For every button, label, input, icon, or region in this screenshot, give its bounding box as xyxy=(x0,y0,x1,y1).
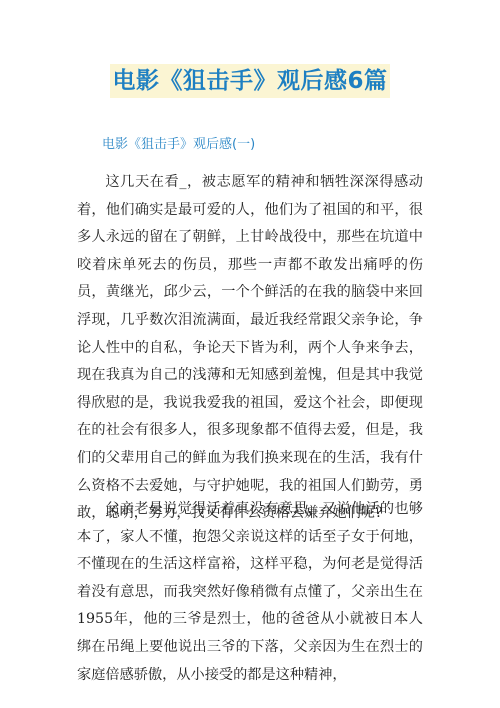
body-paragraph: 父亲老是说觉得活着真没有意思，又说他活的也够本了，家人不懂，抱怨父亲说这样的话至… xyxy=(77,496,423,689)
document-title: 电影《狙击手》观后感6篇 xyxy=(110,64,389,98)
body-paragraph-1-container: 这几天在看_，被志愿军的精神和牺牲深深得感动着，他们确实是最可爱的人，他们为了祖… xyxy=(77,169,423,528)
section-heading: 电影《狙击手》观后感(一) xyxy=(102,136,255,154)
document-page: 电影《狙击手》观后感6篇 电影《狙击手》观后感(一) 这几天在看_，被志愿军的精… xyxy=(0,0,500,708)
body-paragraph: 这几天在看_，被志愿军的精神和牺牲深深得感动着，他们确实是最可爱的人，他们为了祖… xyxy=(77,169,423,528)
title-container: 电影《狙击手》观后感6篇 xyxy=(0,64,500,98)
body-paragraph-2-container: 父亲老是说觉得活着真没有意思，又说他活的也够本了，家人不懂，抱怨父亲说这样的话至… xyxy=(77,496,423,689)
